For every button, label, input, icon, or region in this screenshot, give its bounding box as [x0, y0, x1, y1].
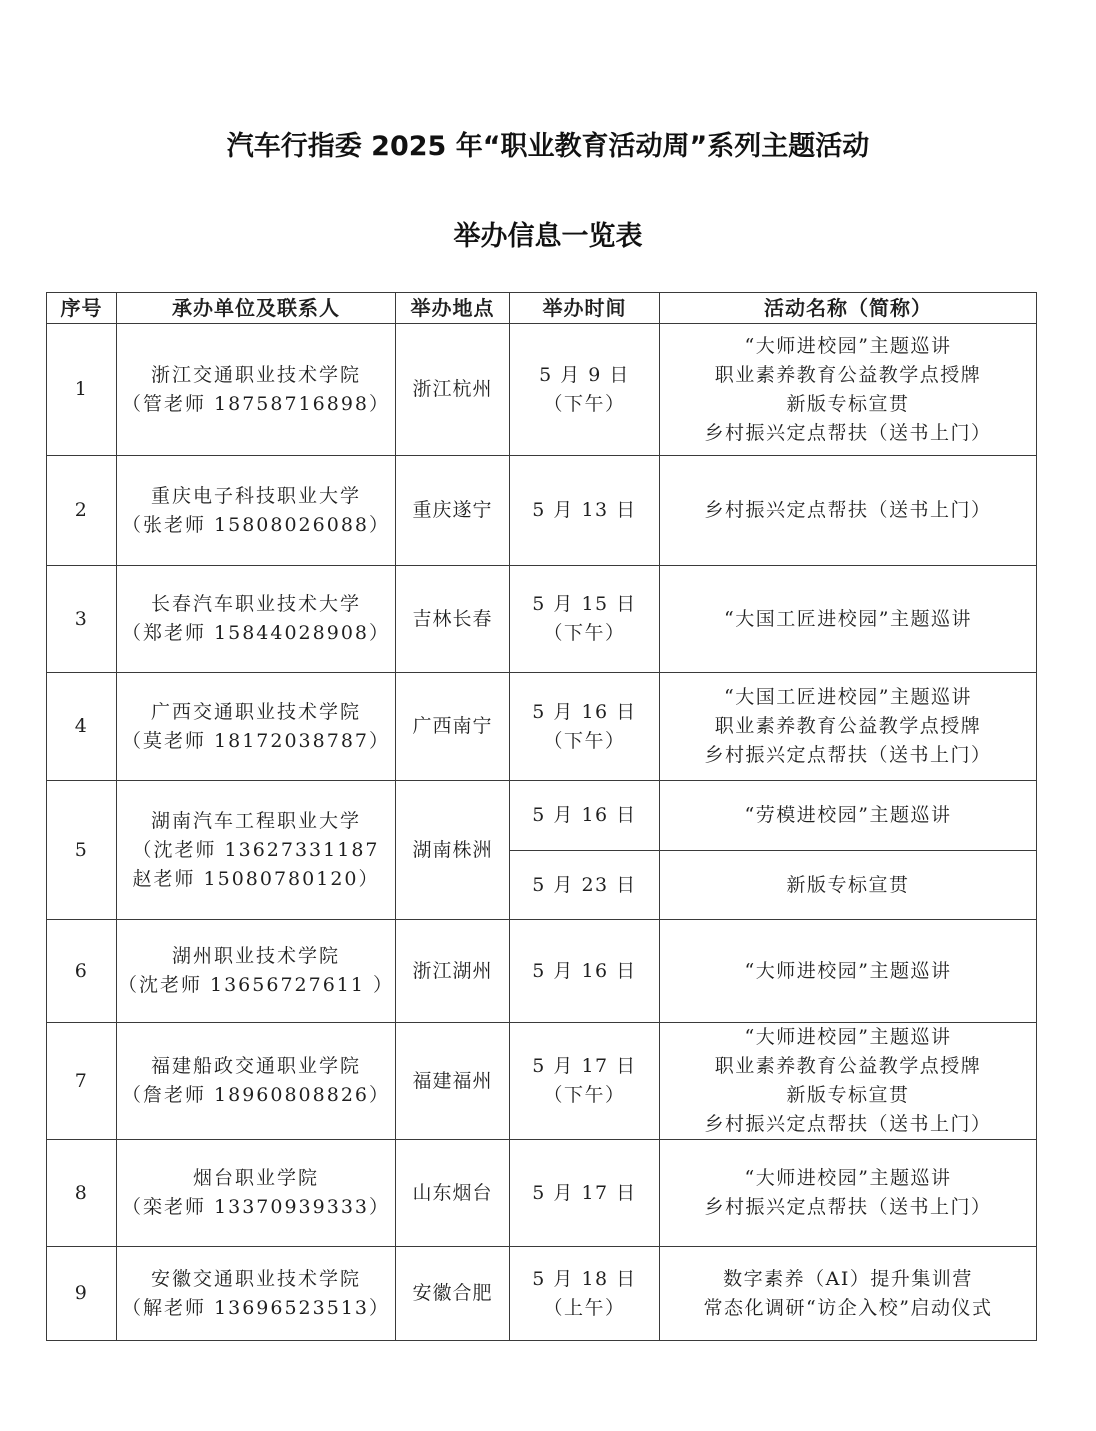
location-text: 浙江杭州 [396, 375, 509, 404]
row-no: 7 [47, 1023, 117, 1140]
row-location: 福建福州 [396, 1023, 510, 1140]
time-date: 5 月 16 日 [510, 698, 659, 727]
time-date: 5 月 17 日 [510, 1179, 659, 1208]
row-activities: “劳模进校园”主题巡讲 [660, 781, 1037, 851]
org-contact: （解老师 13696523513） [117, 1294, 395, 1323]
org-contact: （张老师 15808026088） [117, 511, 395, 540]
row-location: 浙江湖州 [396, 920, 510, 1023]
row-no-text: 4 [47, 712, 116, 741]
location-text: 重庆遂宁 [396, 496, 509, 525]
row-time: 5 月 16 日 [510, 781, 660, 851]
org-name: 福建船政交通职业学院 [117, 1052, 395, 1081]
row-activities: “大师进校园”主题巡讲 职业素养教育公益教学点授牌 新版专标宣贯 乡村振兴定点帮… [660, 1023, 1037, 1140]
activity-item: “大师进校园”主题巡讲 [660, 332, 1036, 361]
row-org: 湖州职业技术学院 （沈老师 13656727611 ） [117, 920, 396, 1023]
activity-item: 乡村振兴定点帮扶（送书上门） [660, 741, 1036, 770]
row-activities: “大国工匠进校园”主题巡讲 [660, 566, 1037, 673]
table-row: 7 福建船政交通职业学院 （詹老师 18960808826） 福建福州 5 月 … [47, 1023, 1037, 1140]
activity-item: 乡村振兴定点帮扶（送书上门） [660, 1193, 1036, 1222]
activity-item: 数字素养（AI）提升集训营 [660, 1265, 1036, 1294]
row-org: 长春汽车职业技术大学 （郑老师 15844028908） [117, 566, 396, 673]
row-no: 6 [47, 920, 117, 1023]
row-time: 5 月 16 日 （下午） [510, 673, 660, 781]
row-activities: “大师进校园”主题巡讲 [660, 920, 1037, 1023]
document-title-line2: 举办信息一览表 [0, 214, 1096, 253]
org-contact: （詹老师 18960808826） [117, 1081, 395, 1110]
row-org: 福建船政交通职业学院 （詹老师 18960808826） [117, 1023, 396, 1140]
header-location: 举办地点 [396, 293, 510, 324]
row-no: 9 [47, 1247, 117, 1341]
row-no: 4 [47, 673, 117, 781]
row-no-text: 9 [47, 1279, 116, 1308]
activity-item: 新版专标宣贯 [660, 1081, 1036, 1110]
row-time: 5 月 15 日 （下午） [510, 566, 660, 673]
row-no-text: 2 [47, 496, 116, 525]
row-time: 5 月 13 日 [510, 456, 660, 566]
header-time: 举办时间 [510, 293, 660, 324]
row-org: 浙江交通职业技术学院 （管老师 18758716898） [117, 324, 396, 456]
document-title-line1: 汽车行指委 2025 年“职业教育活动周”系列主题活动 [0, 124, 1096, 163]
time-date: 5 月 13 日 [510, 496, 659, 525]
row-org: 湖南汽车工程职业大学 （沈老师 13627331187 赵老师 15080780… [117, 781, 396, 920]
event-info-table: 序号 承办单位及联系人 举办地点 举办时间 活动名称（简称） 1 浙江交通职业技… [46, 292, 1037, 1341]
row-time: 5 月 18 日 （上午） [510, 1247, 660, 1341]
activity-item: 职业素养教育公益教学点授牌 [660, 361, 1036, 390]
header-org: 承办单位及联系人 [117, 293, 396, 324]
table-row: 8 烟台职业学院 （栾老师 13370939333） 山东烟台 5 月 17 日… [47, 1140, 1037, 1247]
table-row: 2 重庆电子科技职业大学 （张老师 15808026088） 重庆遂宁 5 月 … [47, 456, 1037, 566]
location-text: 浙江湖州 [396, 957, 509, 986]
org-name: 烟台职业学院 [117, 1164, 395, 1193]
org-name: 湖南汽车工程职业大学 [117, 807, 395, 836]
location-text: 广西南宁 [396, 712, 509, 741]
row-org: 烟台职业学院 （栾老师 13370939333） [117, 1140, 396, 1247]
org-name: 广西交通职业技术学院 [117, 698, 395, 727]
row-no-text: 7 [47, 1067, 116, 1096]
time-date: 5 月 23 日 [510, 871, 659, 900]
activity-item: 乡村振兴定点帮扶（送书上门） [660, 496, 1036, 525]
time-date: 5 月 17 日 [510, 1052, 659, 1081]
location-text: 福建福州 [396, 1067, 509, 1096]
row-time: 5 月 23 日 [510, 851, 660, 920]
org-name: 长春汽车职业技术大学 [117, 590, 395, 619]
org-contact: （沈老师 13656727611 ） [117, 971, 395, 1000]
activity-item: 乡村振兴定点帮扶（送书上门） [660, 1110, 1036, 1139]
time-period: （下午） [510, 1081, 659, 1110]
row-no-text: 6 [47, 957, 116, 986]
table-row: 9 安徽交通职业技术学院 （解老师 13696523513） 安徽合肥 5 月 … [47, 1247, 1037, 1341]
row-activities: 乡村振兴定点帮扶（送书上门） [660, 456, 1037, 566]
time-date: 5 月 16 日 [510, 957, 659, 986]
org-contact: （栾老师 13370939333） [117, 1193, 395, 1222]
org-name: 浙江交通职业技术学院 [117, 361, 395, 390]
row-time: 5 月 17 日 [510, 1140, 660, 1247]
location-text: 吉林长春 [396, 605, 509, 634]
time-date: 5 月 15 日 [510, 590, 659, 619]
time-period: （下午） [510, 390, 659, 419]
table-header-row: 序号 承办单位及联系人 举办地点 举办时间 活动名称（简称） [47, 293, 1037, 324]
row-time: 5 月 16 日 [510, 920, 660, 1023]
time-period: （下午） [510, 727, 659, 756]
row-no: 1 [47, 324, 117, 456]
row-location: 安徽合肥 [396, 1247, 510, 1341]
table-row: 5 湖南汽车工程职业大学 （沈老师 13627331187 赵老师 150807… [47, 781, 1037, 851]
org-name: 安徽交通职业技术学院 [117, 1265, 395, 1294]
location-text: 山东烟台 [396, 1179, 509, 1208]
org-contact: （沈老师 13627331187 [117, 836, 395, 865]
org-contact: 赵老师 15080780120） [117, 865, 395, 894]
org-contact: （管老师 18758716898） [117, 390, 395, 419]
activity-item: 职业素养教育公益教学点授牌 [660, 1052, 1036, 1081]
header-no: 序号 [47, 293, 117, 324]
row-activities: 数字素养（AI）提升集训营 常态化调研“访企入校”启动仪式 [660, 1247, 1037, 1341]
location-text: 湖南株洲 [396, 836, 509, 865]
activity-item: 新版专标宣贯 [660, 390, 1036, 419]
activity-item: “大国工匠进校园”主题巡讲 [660, 683, 1036, 712]
org-contact: （郑老师 15844028908） [117, 619, 395, 648]
row-location: 吉林长春 [396, 566, 510, 673]
row-org: 广西交通职业技术学院 （莫老师 18172038787） [117, 673, 396, 781]
activity-item: 职业素养教育公益教学点授牌 [660, 712, 1036, 741]
org-name: 重庆电子科技职业大学 [117, 482, 395, 511]
table-row: 3 长春汽车职业技术大学 （郑老师 15844028908） 吉林长春 5 月 … [47, 566, 1037, 673]
row-activities: “大师进校园”主题巡讲 乡村振兴定点帮扶（送书上门） [660, 1140, 1037, 1247]
time-date: 5 月 9 日 [510, 361, 659, 390]
row-location: 重庆遂宁 [396, 456, 510, 566]
row-location: 浙江杭州 [396, 324, 510, 456]
org-contact: （莫老师 18172038787） [117, 727, 395, 756]
row-activities: “大师进校园”主题巡讲 职业素养教育公益教学点授牌 新版专标宣贯 乡村振兴定点帮… [660, 324, 1037, 456]
activity-item: “大师进校园”主题巡讲 [660, 1164, 1036, 1193]
activity-item: 常态化调研“访企入校”启动仪式 [660, 1294, 1036, 1323]
row-no-text: 8 [47, 1179, 116, 1208]
table-row: 1 浙江交通职业技术学院 （管老师 18758716898） 浙江杭州 5 月 … [47, 324, 1037, 456]
table-row: 4 广西交通职业技术学院 （莫老师 18172038787） 广西南宁 5 月 … [47, 673, 1037, 781]
activity-item: “劳模进校园”主题巡讲 [660, 801, 1036, 830]
row-no: 8 [47, 1140, 117, 1247]
row-no: 3 [47, 566, 117, 673]
location-text: 安徽合肥 [396, 1279, 509, 1308]
row-no-text: 1 [47, 375, 116, 404]
row-time: 5 月 9 日 （下午） [510, 324, 660, 456]
time-period: （上午） [510, 1294, 659, 1323]
row-activities: “大国工匠进校园”主题巡讲 职业素养教育公益教学点授牌 乡村振兴定点帮扶（送书上… [660, 673, 1037, 781]
row-no: 5 [47, 781, 117, 920]
time-date: 5 月 16 日 [510, 801, 659, 830]
row-location: 山东烟台 [396, 1140, 510, 1247]
row-org: 安徽交通职业技术学院 （解老师 13696523513） [117, 1247, 396, 1341]
row-no: 2 [47, 456, 117, 566]
activity-item: “大国工匠进校园”主题巡讲 [660, 605, 1036, 634]
row-activities: 新版专标宣贯 [660, 851, 1037, 920]
activity-item: 乡村振兴定点帮扶（送书上门） [660, 419, 1036, 448]
time-period: （下午） [510, 619, 659, 648]
activity-item: “大师进校园”主题巡讲 [660, 957, 1036, 986]
header-activity: 活动名称（简称） [660, 293, 1037, 324]
time-date: 5 月 18 日 [510, 1265, 659, 1294]
row-no-text: 5 [47, 836, 116, 865]
org-name: 湖州职业技术学院 [117, 942, 395, 971]
row-org: 重庆电子科技职业大学 （张老师 15808026088） [117, 456, 396, 566]
row-no-text: 3 [47, 605, 116, 634]
activity-item: 新版专标宣贯 [660, 871, 1036, 900]
activity-item: “大师进校园”主题巡讲 [660, 1023, 1036, 1052]
row-location: 广西南宁 [396, 673, 510, 781]
row-location: 湖南株洲 [396, 781, 510, 920]
row-time: 5 月 17 日 （下午） [510, 1023, 660, 1140]
table-row: 6 湖州职业技术学院 （沈老师 13656727611 ） 浙江湖州 5 月 1… [47, 920, 1037, 1023]
